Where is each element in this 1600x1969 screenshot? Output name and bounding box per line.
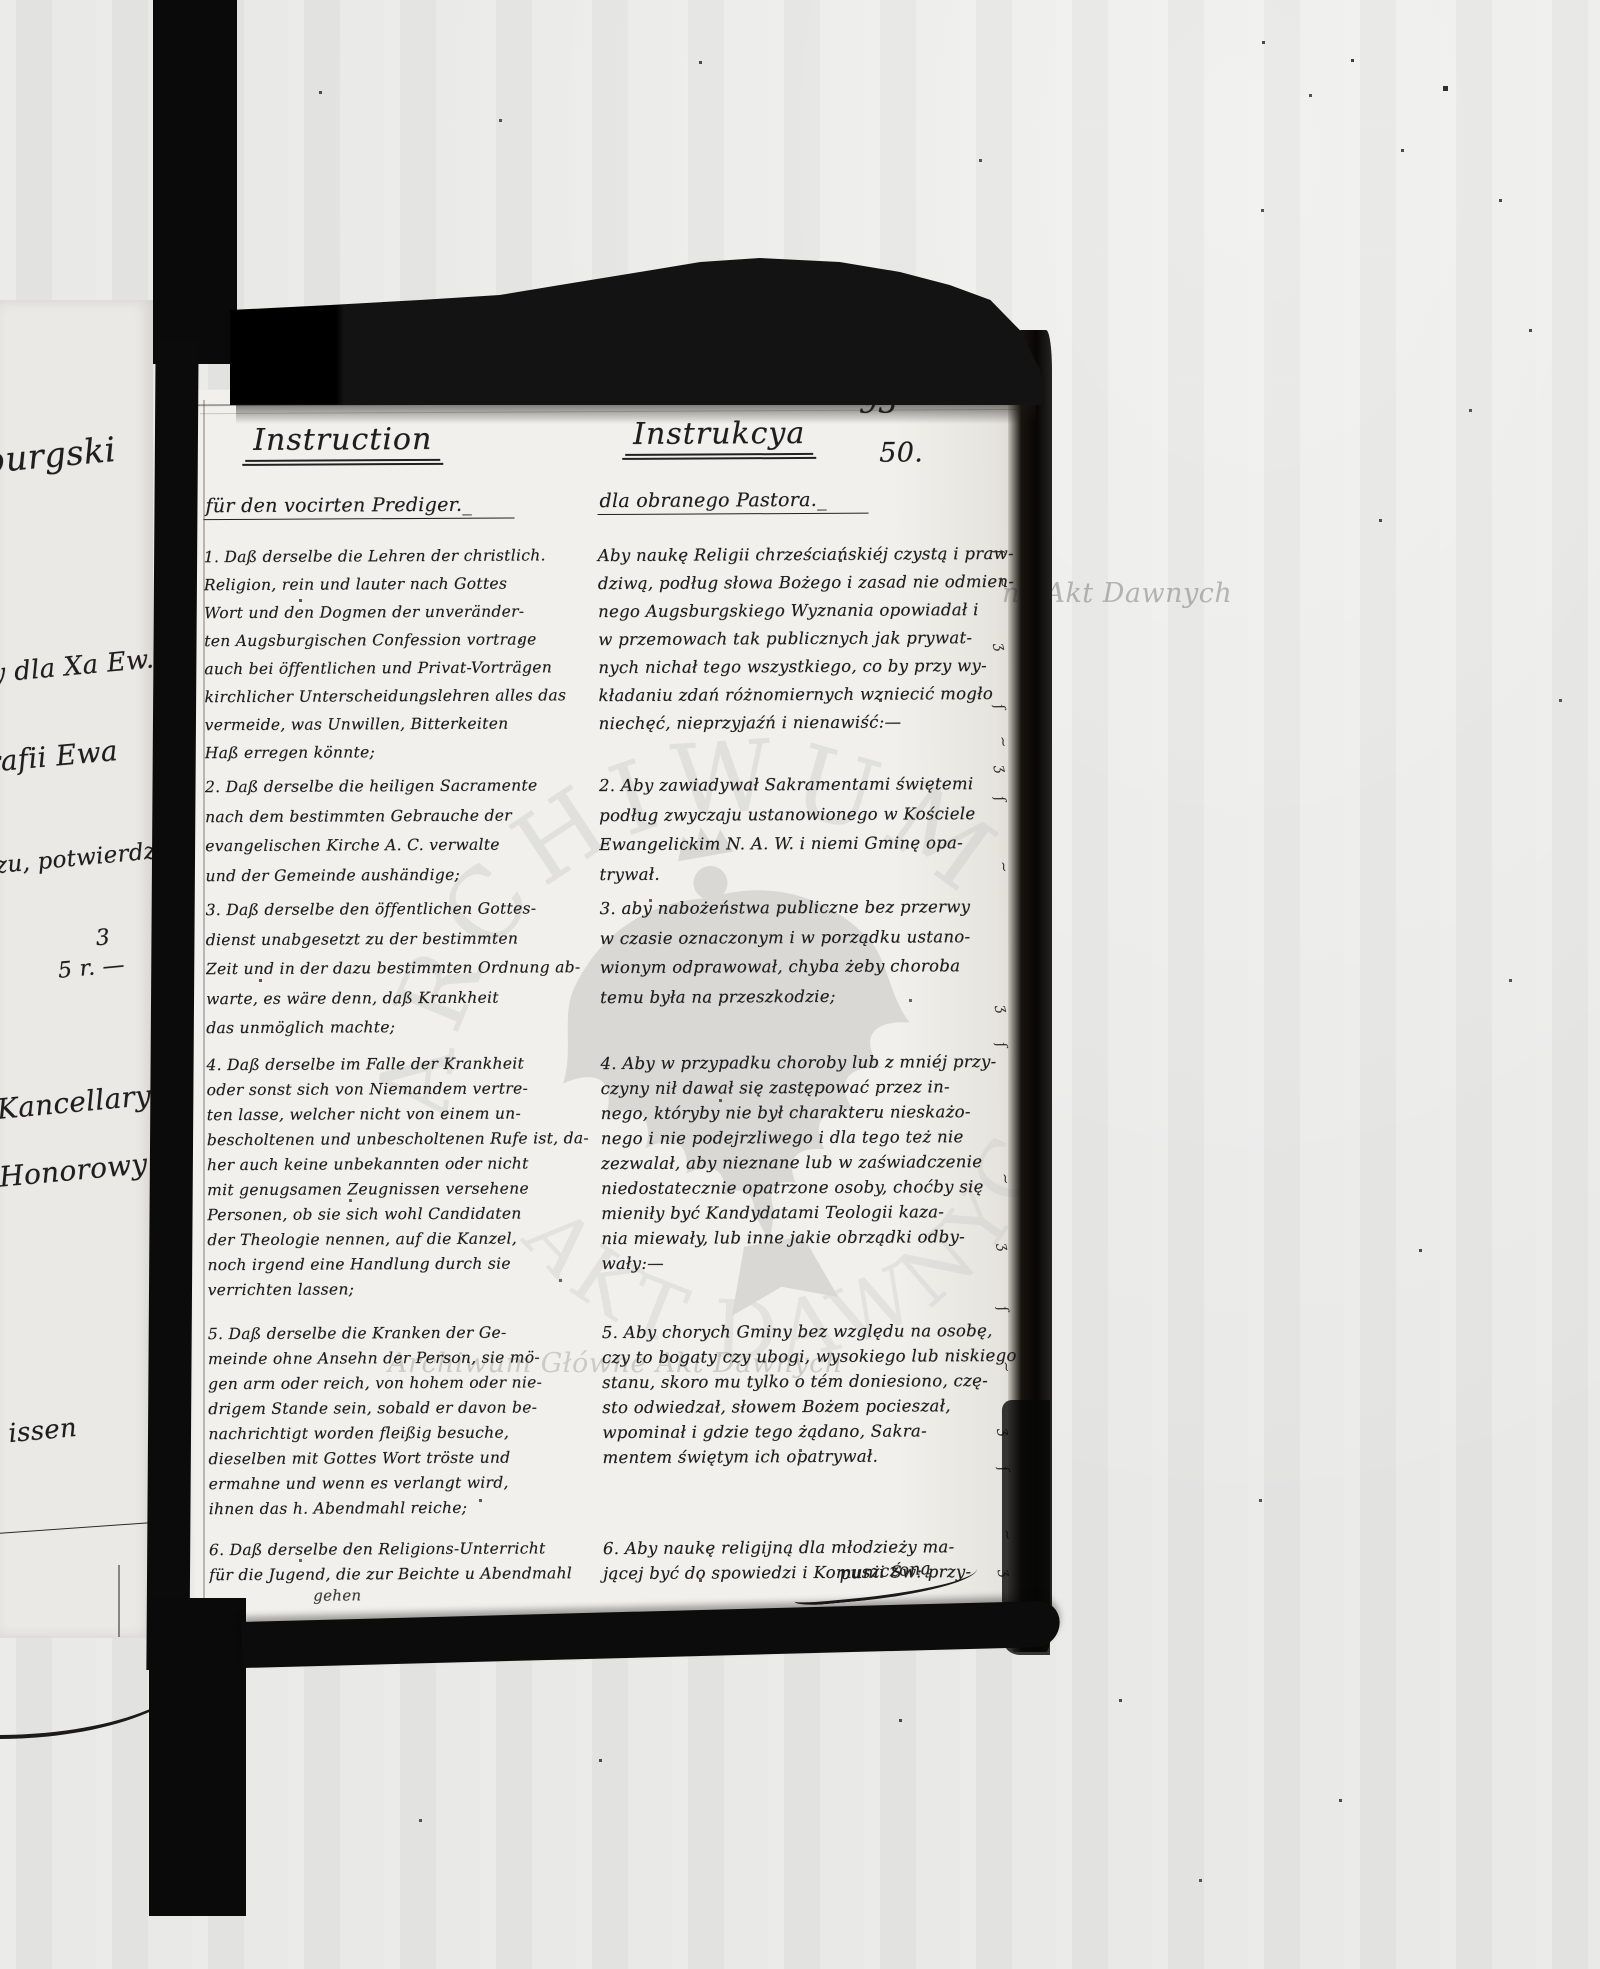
scanned-document-canvas: ARCHIWUM AKT DAWNYCH ne Akt Dawnych Arch… xyxy=(0,0,1600,1969)
text-line-polish: podług zwyczaju ustanowionego w Kościele xyxy=(599,803,1051,824)
subtitle-polish: dla obranego Pastora._ xyxy=(597,489,868,512)
text-line: kirchlicher Unterscheidungslehren alles … xyxy=(204,684,1050,716)
text-line-german: für die Jugend, die zur Beichte u Abendm… xyxy=(209,1564,601,1584)
text-line-polish: niedostatecznie opatrzone osoby, choćby … xyxy=(601,1177,1053,1198)
text-line-german: 1. Daß derselbe die Lehren der christlic… xyxy=(204,546,596,566)
text-line: 1. Daß derselbe die Lehren der christlic… xyxy=(204,544,1050,576)
paragraph: 3. Daß derselbe den öffentlichen Gottes-… xyxy=(206,897,1053,1049)
text-line-german: warte, es wäre denn, daß Krankheit xyxy=(206,988,598,1008)
text-line: dienst unabgesetzt zu der bestimmtenw cz… xyxy=(206,926,1052,960)
catchword-german: gehen xyxy=(313,1586,361,1604)
text-line-german: ten lasse, welcher nicht von einem un- xyxy=(207,1104,599,1124)
text-line-polish: sto odwiedzał, słowem Bożem pocieszał, xyxy=(602,1396,1054,1417)
text-line-polish: wały:— xyxy=(601,1252,1053,1273)
text-line: und der Gemeinde aushändige;trywał. xyxy=(205,862,1051,896)
text-line-polish: 5. Aby chorych Gminy bez względu na osob… xyxy=(602,1321,1054,1342)
text-line-german: Haß erregen könnte; xyxy=(205,742,597,762)
text-line-german: ihnen das h. Abendmahl reiche; xyxy=(209,1498,601,1518)
text-line-polish: dziwą, podług słowa Bożego i zasad nie o… xyxy=(598,572,1050,593)
text-line-german: 4. Daß derselbe im Falle der Krankheit xyxy=(206,1054,598,1074)
text-line-german: 6. Daß derselbe den Religions-Unterricht xyxy=(209,1539,601,1559)
text-line-german: ten Augsburgischen Confession vortrage xyxy=(204,630,596,650)
margin-pen-mark: ʒ xyxy=(992,763,1009,774)
text-line: evangelischen Kirche A. C. verwalteEwang… xyxy=(205,833,1051,867)
text-line-german: verrichten lassen; xyxy=(208,1279,600,1299)
text-line-polish: czyny nił dawał się zastępować przez in- xyxy=(600,1077,1052,1098)
subtitle-polish-label: dla obranego Pastora._ xyxy=(597,489,869,515)
text-line-polish: stanu, skoro mu tylko o tém doniesiono, … xyxy=(602,1371,1054,1392)
text-line: vermeide, was Unwillen, Bitterkeitenniec… xyxy=(205,712,1051,744)
text-line-polish: czy to bogaty czy ubogi, wysokiego lub n… xyxy=(602,1346,1054,1367)
text-line-german: der Theologie nennen, auf die Kanzel, xyxy=(207,1229,599,1249)
text-line-german: ermahne und wenn es verlangt wird, xyxy=(209,1473,601,1493)
title-german-label: Instruction xyxy=(245,422,440,462)
text-line-polish: w czasie oznaczonym i w porządku ustano- xyxy=(600,926,1052,947)
text-line-polish: nych nichał tego wszystkiego, co by przy… xyxy=(598,656,1050,677)
text-line: Religion, rein und lauter nach Gottesdzi… xyxy=(204,572,1050,604)
text-line-polish: nego Augsburgskiego Wyznania opowiadał i xyxy=(598,600,1050,621)
text-line: ihnen das h. Abendmahl reiche; xyxy=(209,1496,1055,1525)
film-mask-topleft xyxy=(153,0,237,364)
text-line: Wort und den Dogmen der unveränder-nego … xyxy=(204,600,1050,632)
text-line-german: mit genugsamen Zeugnissen versehene xyxy=(207,1179,599,1199)
text-line-german: oder sonst sich von Niemandem vertre- xyxy=(206,1079,598,1099)
text-line: 2. Daß derselbe die heiligen Sacramente2… xyxy=(205,774,1051,808)
text-line-german: meinde ohne Ansehn der Person, sie mö- xyxy=(208,1348,600,1368)
text-line-german: nach dem bestimmten Gebrauche der xyxy=(205,806,597,826)
side-fragment-text: 3 xyxy=(95,925,112,951)
text-line-german: Personen, ob sie sich wohl Candidaten xyxy=(207,1204,599,1224)
text-line-polish: Aby naukę Religii chrześciańskiéj czystą… xyxy=(598,544,1050,565)
text-line-polish: wionym odprawował, chyba żeby choroba xyxy=(600,956,1052,977)
subtitle-german: für den vocirten Prediger._ xyxy=(203,493,514,517)
text-line-german: evangelischen Kirche A. C. verwalte xyxy=(205,835,597,855)
page-specks xyxy=(0,0,1,1)
text-line-german: und der Gemeinde aushändige; xyxy=(205,865,597,885)
paragraph: 5. Daß derselbe die Kranken der Ge-5. Ab… xyxy=(208,1321,1055,1525)
paragraph: 1. Daß derselbe die Lehren der christlic… xyxy=(204,544,1051,772)
side-fragment-text: issen xyxy=(7,1413,78,1449)
side-fragment-text: 5 r. — xyxy=(57,953,126,984)
text-line-polish: temu była na przeszkodzie; xyxy=(600,985,1052,1006)
text-line-polish: w przemowach tak publicznych jak prywat- xyxy=(598,628,1050,649)
text-line-polish: trywał. xyxy=(599,862,1051,883)
text-line-german: dieselben mit Gottes Wort tröste und xyxy=(208,1448,600,1468)
text-line-polish: wpominał i gdzie tego żądano, Sakra- xyxy=(602,1421,1054,1442)
title-german: Instruction xyxy=(245,422,440,458)
side-fragment-text: rafii Ewa xyxy=(0,734,119,779)
text-line-polish: mentem świętym ich opatrywał. xyxy=(602,1446,1054,1467)
text-line-german: noch irgend eine Handlung durch sie xyxy=(207,1254,599,1274)
text-line-polish: mieniły być Kandydatami Teologii kaza- xyxy=(601,1202,1053,1223)
text-line: das unmöglich machte; xyxy=(206,1015,1052,1049)
text-line-polish: nia miewały, lub inne jakie obrządki odb… xyxy=(601,1227,1053,1248)
side-fragment-text: Kancellary xyxy=(0,1079,153,1126)
text-line-polish: zezwalał, aby nieznane lub w zaświadczen… xyxy=(601,1152,1053,1173)
text-line-german: 3. Daß derselbe den öffentlichen Gottes- xyxy=(206,899,598,919)
text-line-german: auch bei öffentlichen und Privat-Vorträg… xyxy=(204,658,596,678)
text-line-german: her auch keine unbekannten oder nicht xyxy=(207,1154,599,1174)
text-line: warte, es wäre denn, daß Krankheittemu b… xyxy=(206,985,1052,1019)
text-line-german: 2. Daß derselbe die heiligen Sacramente xyxy=(205,776,597,796)
side-fragment-text: rzu, potwierdzi xyxy=(0,838,165,881)
text-line-german: das unmöglich machte; xyxy=(206,1017,598,1037)
text-line-polish: 2. Aby zawiadywał Sakramentami świętemi xyxy=(599,774,1051,795)
text-line-german: vermeide, was Unwillen, Bitterkeiten xyxy=(205,714,597,734)
text-line-german: 5. Daß derselbe die Kranken der Ge- xyxy=(208,1323,600,1343)
side-fragment-text: burgski xyxy=(0,430,118,482)
text-line: ten Augsburgischen Confession vortragew … xyxy=(204,628,1050,660)
page-number-alt: 50. xyxy=(879,437,923,468)
film-mask-bottomleft xyxy=(149,1598,246,1916)
text-line-polish: 3. aby nabożeństwa publiczne bez przerwy xyxy=(600,897,1052,918)
film-mask-topband-shadow xyxy=(236,404,1036,424)
text-line: nach dem bestimmten Gebrauche derpodług … xyxy=(205,803,1051,837)
side-fragment-text: Honorowy xyxy=(0,1147,149,1194)
text-line-german: Zeit und in der dazu bestimmten Ordnung … xyxy=(206,958,598,978)
text-line: auch bei öffentlichen und Privat-Vorträg… xyxy=(204,656,1050,688)
side-fragment-text: y dla Xa Ew. xyxy=(0,644,155,689)
text-line-polish: 6. Aby naukę religijną dla młodzieży ma- xyxy=(603,1537,1055,1558)
text-line-german: Religion, rein und lauter nach Gottes xyxy=(204,574,596,594)
subtitle-german-label: für den vocirten Prediger._ xyxy=(203,493,514,520)
text-line-polish: nego i nie podejrzliwego i dla tego też … xyxy=(601,1127,1053,1148)
text-line-german: drigem Stande sein, sobald er davon be- xyxy=(208,1398,600,1418)
text-line-polish: kładaniu zdań różnomiernych wzniecić mog… xyxy=(598,684,1050,705)
text-line-german: gen arm oder reich, von hohem oder nie- xyxy=(208,1373,600,1393)
text-line-polish: 4. Aby w przypadku choroby lub z mniéj p… xyxy=(600,1052,1052,1073)
text-line-polish: nego, któryby nie był charakteru nieskaż… xyxy=(601,1102,1053,1123)
text-line-german: dienst unabgesetzt zu der bestimmten xyxy=(206,929,598,949)
text-line-german: kirchlicher Unterscheidungslehren alles … xyxy=(204,686,596,706)
text-line-german: bescholtenen und unbescholtenen Rufe ist… xyxy=(207,1129,599,1149)
text-line: verrichten lassen; xyxy=(208,1277,1054,1306)
text-line: Zeit und in der dazu bestimmten Ordnung … xyxy=(206,956,1052,990)
text-line-german: Wort und den Dogmen der unveränder- xyxy=(204,602,596,622)
text-line-german: nachrichtigt worden fleißig besuche, xyxy=(208,1423,600,1443)
text-line-polish: niechęć, nieprzyjaźń i nienawiść:— xyxy=(599,712,1051,733)
paragraph: 2. Daß derselbe die heiligen Sacramente2… xyxy=(205,774,1052,896)
paragraph: 4. Daß derselbe im Falle der Krankheit4.… xyxy=(206,1052,1053,1306)
text-line: Haß erregen könnte; xyxy=(205,740,1051,772)
text-line: 3. Daß derselbe den öffentlichen Gottes-… xyxy=(206,897,1052,931)
text-line-polish: Ewangelickim N. A. W. i niemi Gminę opa- xyxy=(599,833,1051,854)
